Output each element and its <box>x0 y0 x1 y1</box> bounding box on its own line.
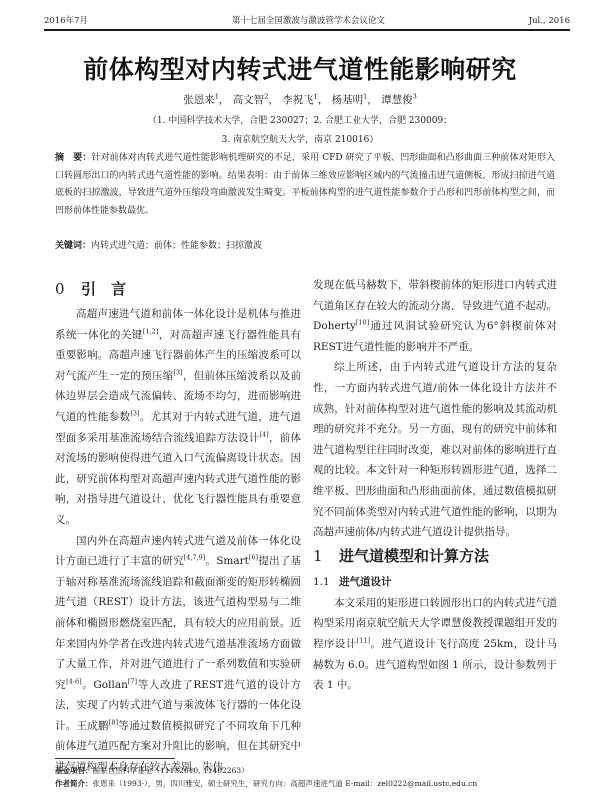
abstract: 摘 要：针对前体对内转式进气道性能影响机理研究的不足，采用 CFD 研究了平板、… <box>55 150 555 220</box>
section-number: 1 <box>313 543 339 569</box>
keywords-label: 关键词： <box>55 241 91 251</box>
author: 李祝飞 <box>282 94 314 106</box>
citation[interactable]: [11] <box>357 636 370 644</box>
header-date-en: Jul., 2016 <box>529 16 570 26</box>
citation[interactable]: [4-6] <box>66 677 82 685</box>
section-1-1-paragraph: 本文采用的矩形进口转圆形出口的内转式进气道构型采用南京航空航天大学谭慧俊教授课题… <box>313 593 557 696</box>
citation[interactable]: [1,2] <box>143 327 158 335</box>
column-right: 发现在低马赫数下，带斜楔前体的矩形进口内转式进气道角区存在较大的流动分离，导致进… <box>313 275 557 696</box>
subsection-number: 1.1 <box>313 571 339 593</box>
author: 高文智 <box>233 94 265 106</box>
intro-paragraph-3: 综上所述，由于内转式进气道设计方法的复杂性，一方面内转式进气道/前体一体化设计方… <box>313 357 557 542</box>
subsection-title: 进气道设计 <box>339 576 392 588</box>
intro-paragraph-2: 国内外在高超声速内转式进气道及前体一体化设计方面已进行了丰富的研究[4,7,9]… <box>55 531 301 778</box>
section-number: 0 <box>55 276 81 302</box>
citation[interactable]: [8] <box>109 718 118 726</box>
affiliation-mark: 1 <box>363 93 367 101</box>
citation[interactable]: [4] <box>260 430 269 438</box>
author: 谭慧俊 <box>381 94 413 106</box>
keywords-text: 内转式进气道；前体；性能参数；扫掠激波 <box>91 241 262 251</box>
header-conference: 第十七届全国激波与激波管学术会议论文 <box>232 14 385 26</box>
section-heading-intro: 0引 言 <box>55 276 301 302</box>
author: 杨基明 <box>332 94 364 106</box>
section-heading-1: 1进气道模型和计算方法 <box>313 543 557 569</box>
citation[interactable]: [3] <box>173 368 182 376</box>
column-left: 0引 言 高超声速进气道和前体一体化设计是机体与推进系统一体化的关键[1,2]，… <box>55 276 301 778</box>
intro-paragraph-2-continued: 发现在低马赫数下，带斜楔前体的矩形进口内转式进气道角区存在较大的流动分离，导致进… <box>313 275 557 357</box>
author: 张恩来 <box>183 94 215 106</box>
citation[interactable]: [10] <box>356 319 369 327</box>
citation[interactable]: [4,7,9] <box>184 554 206 562</box>
author-list: 张恩来1， 高文智2， 李祝飞1， 杨基明1， 谭慧俊3 <box>0 92 600 107</box>
footnote-rule <box>55 758 175 759</box>
section-title: 引 言 <box>81 280 126 298</box>
affiliation-mark: 3 <box>413 93 417 101</box>
citation[interactable]: [6] <box>249 554 258 562</box>
citation[interactable]: [7] <box>128 677 137 685</box>
author-bio-note: 作者简介：张恩来（1993-），男，四川雅安，硕士研究生，研究方向：高超声速进气… <box>55 777 575 790</box>
abstract-text: 针对前体对内转式进气道性能影响机理研究的不足，采用 CFD 研究了平板、凹形曲面… <box>55 153 555 216</box>
affiliation-mark: 1 <box>215 93 219 101</box>
section-title: 进气道模型和计算方法 <box>339 547 489 565</box>
affiliations-line-1: （1. 中国科学技术大学，合肥 230027；2. 合肥工业大学，合肥 2300… <box>0 113 600 126</box>
keywords: 关键词：内转式进气道；前体；性能参数；扫掠激波 <box>55 238 555 251</box>
affiliations-line-2: 3. 南京航空航天大学，南京 210016） <box>0 132 600 145</box>
running-header: 2016年7月 第十七届全国激波与激波管学术会议论文 Jul., 2016 <box>44 8 570 26</box>
header-date-cn: 2016年7月 <box>44 14 88 26</box>
header-rule <box>44 29 570 31</box>
intro-paragraph-1: 高超声速进气道和前体一体化设计是机体与推进系统一体化的关键[1,2]，对高超声速… <box>55 304 301 531</box>
paper-title: 前体构型对内转式进气道性能影响研究 <box>0 50 600 86</box>
abstract-label: 摘 要： <box>55 153 91 163</box>
citation[interactable]: [3] <box>130 409 139 417</box>
affiliation-mark: 1 <box>314 93 318 101</box>
footnotes: 基金项目：国家自然科学基金（11132010, 11402263） 作者简介：张… <box>55 764 575 790</box>
subsection-heading-1-1: 1.1进气道设计 <box>313 571 557 593</box>
affiliation-mark: 2 <box>264 93 268 101</box>
funding-note: 基金项目：国家自然科学基金（11132010, 11402263） <box>55 764 575 777</box>
